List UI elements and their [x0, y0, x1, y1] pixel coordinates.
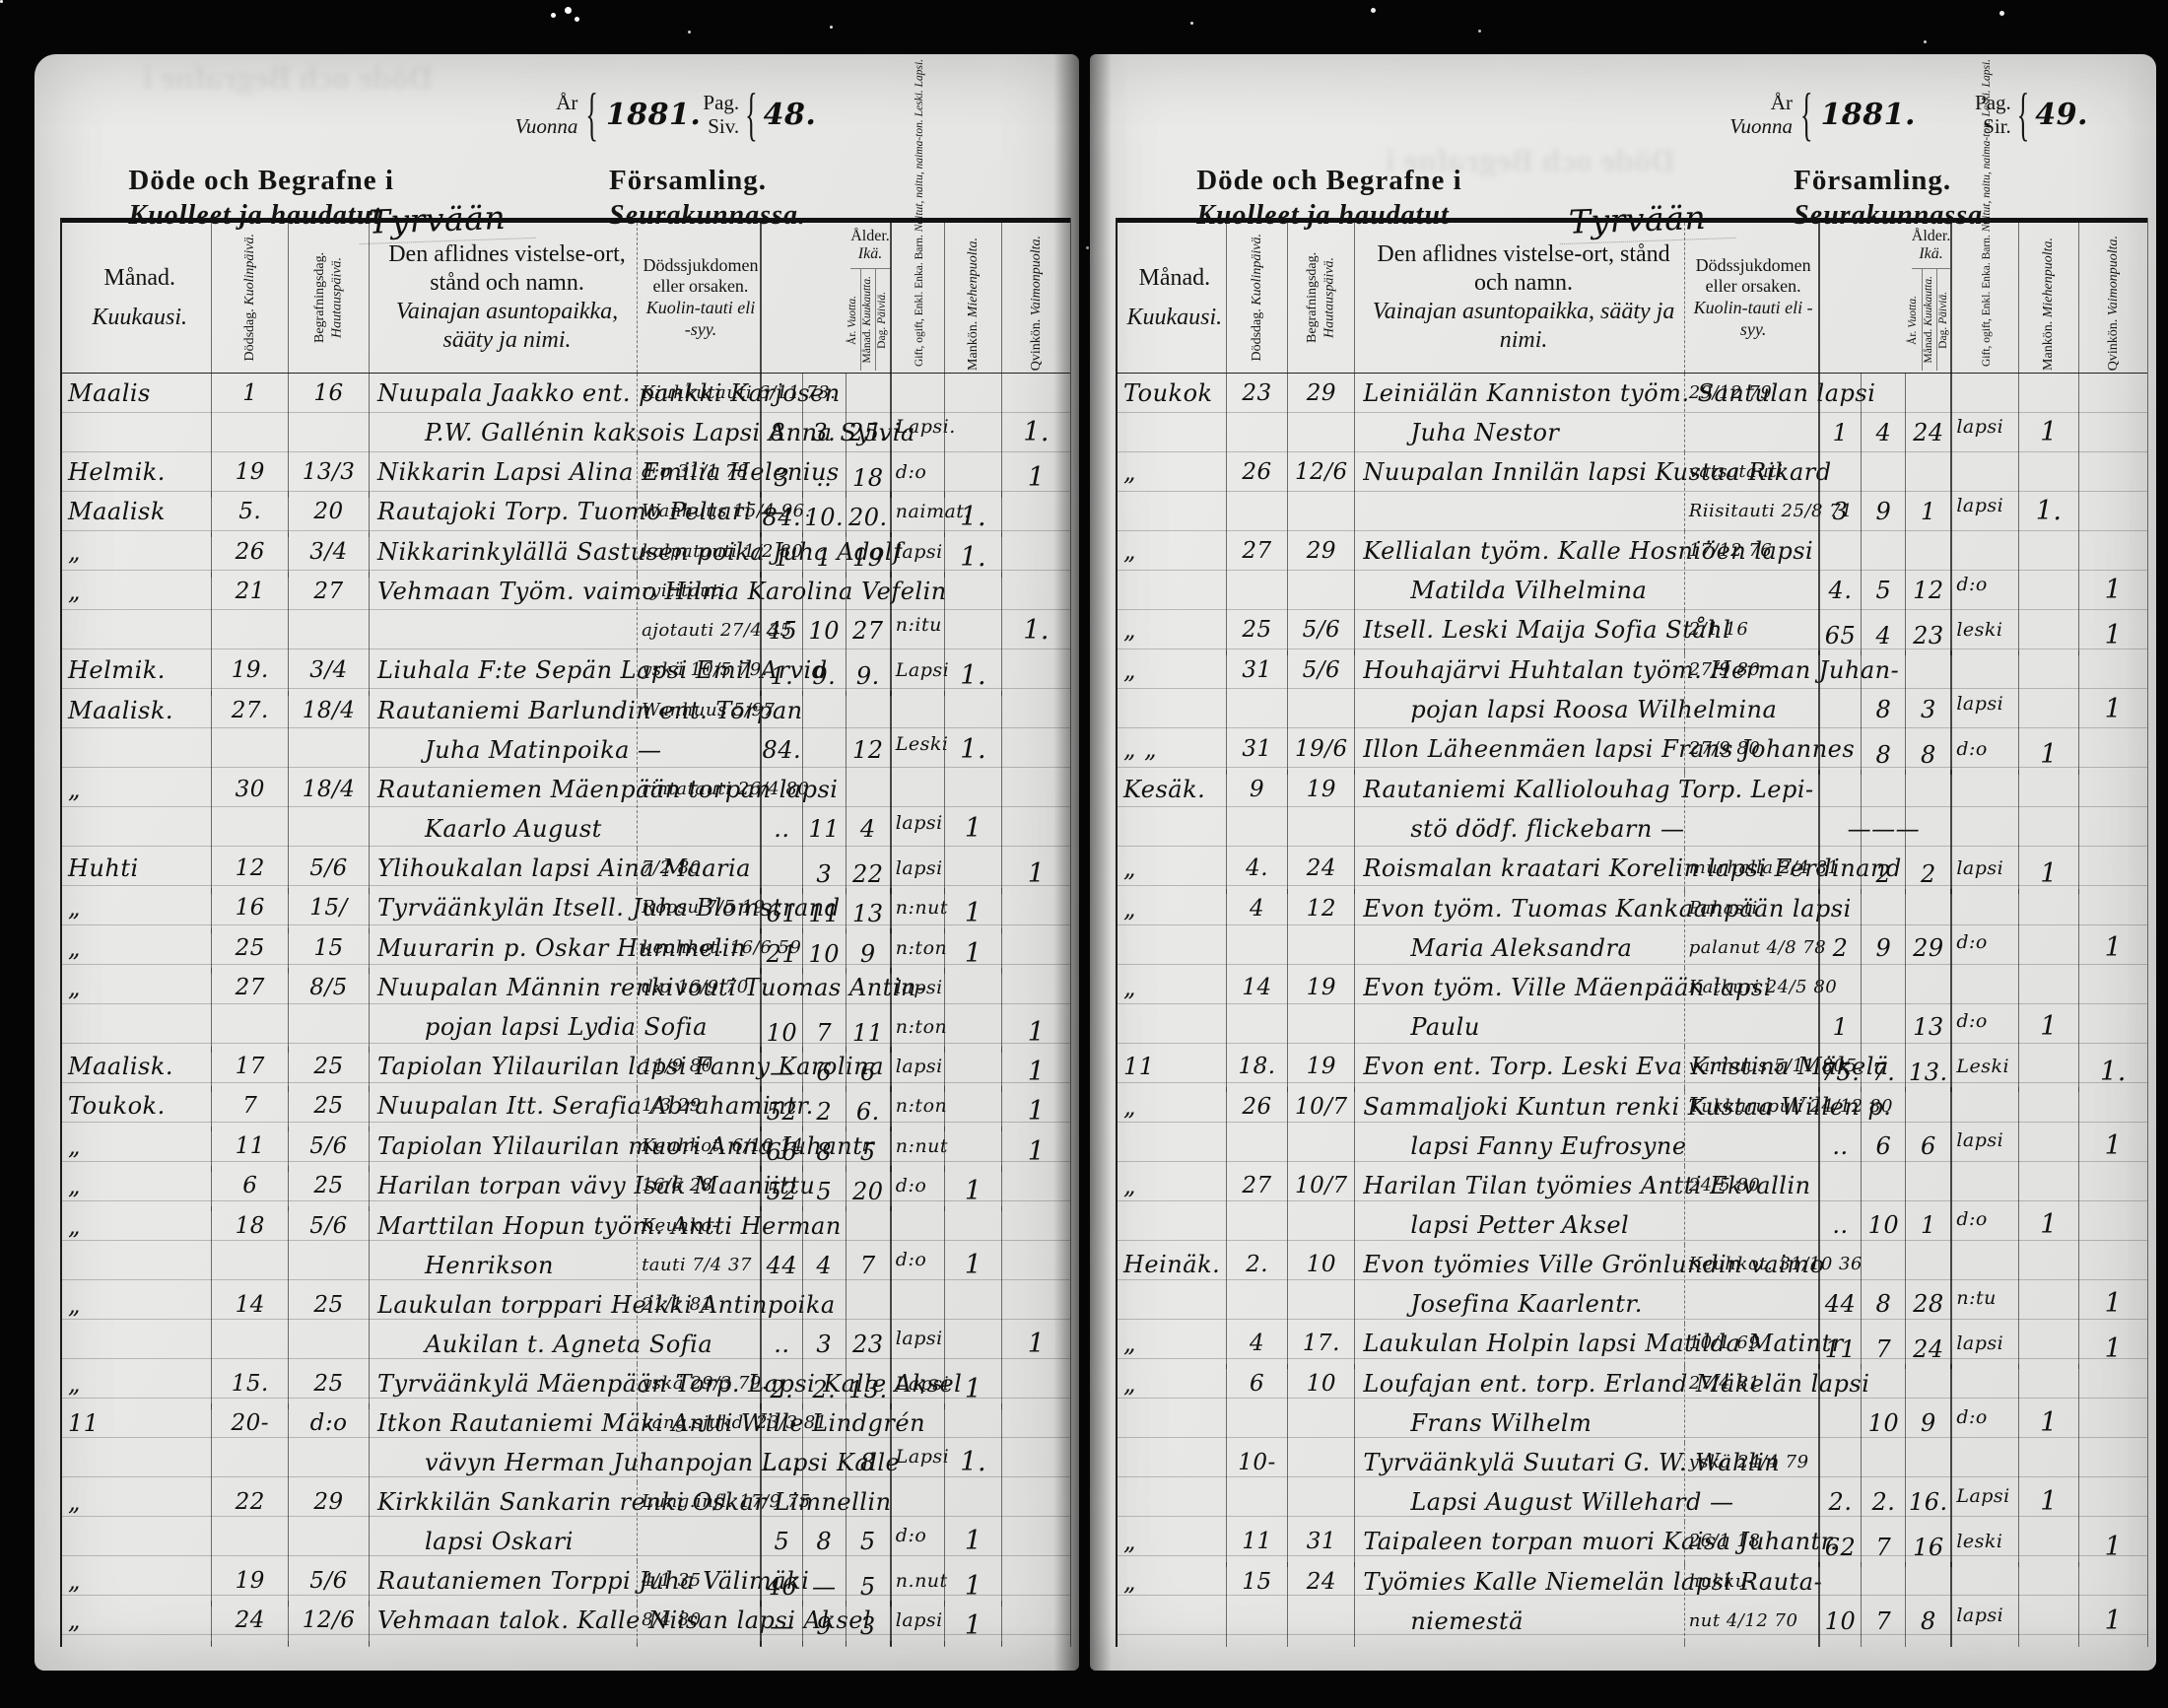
- cell-month: [1118, 1443, 1226, 1522]
- cell-male-tick: [944, 1285, 1001, 1364]
- table-row: „2229Kirkkilän Sankarin renki Oskar Limn…: [62, 1482, 1070, 1561]
- cell-death-day: 27: [1226, 1166, 1288, 1245]
- cell-month: „: [1118, 849, 1226, 894]
- brace: {: [1800, 81, 1812, 149]
- cell-age-years: 1: [1818, 968, 1862, 1047]
- cell-age-days: 9: [846, 928, 890, 974]
- cell-civil-status: d:o: [890, 1166, 944, 1211]
- cell-empty: [890, 1641, 944, 1647]
- cell-female-tick: [2078, 1364, 2147, 1443]
- cell-cause: 24/5 80: [1684, 1166, 1818, 1245]
- cell-age-months: 3.: [802, 374, 846, 452]
- cell-female-tick: [2078, 1443, 2147, 1522]
- cell-empty: [944, 1641, 1001, 1647]
- cell-age-years: 45: [760, 572, 802, 650]
- cell-month: „: [62, 928, 211, 974]
- col-header-male: Mankön. Miehenpuolta.: [944, 223, 1001, 373]
- cell-female-tick: 1.: [2078, 1047, 2147, 1092]
- cell-age-months: 2: [802, 1086, 846, 1131]
- cell-age-years: 66: [760, 1127, 802, 1172]
- cell-month: „: [62, 968, 211, 1053]
- cell-name: Itsell. Leski Maija Sofia Ståhl: [1354, 610, 1683, 655]
- cell-age-years: 52: [760, 1086, 802, 1131]
- cell-burial-day: 24: [1287, 849, 1354, 894]
- cell-male-tick: [2018, 1245, 2078, 1324]
- cell-cause: Roosu 7/5 19.: [637, 888, 760, 933]
- cell-civil-status: lapsi: [1950, 374, 2018, 452]
- cell-burial-day: 10/7: [1287, 1087, 1354, 1166]
- table-row: Maalisk.27.18/4Rautaniemi Barlundin ent.…: [62, 691, 1070, 770]
- cell-female-tick: [2078, 374, 2147, 452]
- cell-name: Nikkarinkylällä Sastusen poika Juha Adol…: [369, 532, 637, 578]
- cell-male-tick: 1: [944, 1206, 1001, 1285]
- cell-burial-day: 27: [288, 572, 369, 650]
- cell-burial-day: 5/6: [1287, 610, 1354, 655]
- col-header-age: Ålder.Ikä. År. Vuotta. Månad. Kuukautta.…: [1818, 223, 1951, 373]
- col-header-name: Den aflidnes vistelse-ort, stånd och nam…: [1354, 223, 1683, 373]
- cell-age-days: 6: [1905, 1087, 1950, 1166]
- cell-male-tick: [944, 1047, 1001, 1092]
- brace: {: [745, 81, 757, 149]
- cell-age-years: .. ..: [760, 1403, 802, 1482]
- cell-month: Maalis: [62, 374, 211, 452]
- cell-empty: [1287, 1641, 1354, 1647]
- cell-age-months: 10: [802, 928, 846, 974]
- cell-age-months: 5: [802, 1166, 846, 1211]
- cell-death-day: 20-: [211, 1403, 288, 1482]
- cell-female-tick: [2078, 1166, 2147, 1245]
- cell-female-tick: [1001, 691, 1070, 770]
- cell-burial-day: 18/4: [288, 770, 369, 849]
- cell-death-day: 4: [1226, 889, 1288, 968]
- cell-name: Itkon Rautaniemi Mäki Antti Wille Lindgr…: [369, 1403, 637, 1482]
- cell-name: Sammaljoki Kuntun renki Kustaa Willen p.…: [1354, 1087, 1683, 1166]
- cell-age-years: 1: [760, 532, 802, 578]
- cell-cause: Katkuri 24/5 80: [1684, 968, 1818, 1047]
- cell-month: „: [1118, 968, 1226, 1047]
- cell-month: „: [1118, 531, 1226, 610]
- cell-age-days: 9: [1905, 1364, 1950, 1443]
- cell-month: „: [1118, 1522, 1226, 1567]
- cell-civil-status: Leski: [1950, 1047, 2018, 1092]
- cell-age-months: 6: [1861, 1087, 1905, 1166]
- cell-civil-status: lapsi: [1950, 452, 2018, 531]
- cell-male-tick: 1.: [944, 1403, 1001, 1482]
- cell-name: Roismalan kraatari Korelin lapsi Ferdina…: [1354, 849, 1683, 894]
- cell-male-tick: [2018, 1522, 2078, 1567]
- cell-male-tick: 1: [944, 1601, 1001, 1646]
- table-row: Heinäk.2.10Evon työmies Ville Grönlundin…: [1118, 1245, 2147, 1324]
- cell-age-months: 7.: [1861, 1047, 1905, 1092]
- cell-month: „: [1118, 1364, 1226, 1443]
- cell-cause: 26/1 18: [1684, 1522, 1818, 1567]
- cell-cause: Wanhuus 5/97: [637, 691, 760, 770]
- cell-age-months: 11: [802, 888, 846, 933]
- cell-death-day: 19: [211, 452, 288, 498]
- cell-death-day: 15.: [211, 1364, 288, 1409]
- table-row: Toukok.725Nuupalan Itt. Serafia Abrahami…: [62, 1086, 1070, 1126]
- year-value: 1881.: [1820, 98, 1915, 132]
- cell-cause: yskä 24/4 79: [1684, 1443, 1818, 1522]
- cell-civil-status: lapsi: [890, 1047, 944, 1092]
- cell-age-years: ..: [760, 1285, 802, 1364]
- cell-death-day: 24: [211, 1601, 288, 1646]
- cell-cause: 27/9 80: [1684, 650, 1818, 729]
- cell-civil-status: lapsi: [890, 770, 944, 849]
- table-row: „ „3119/6Illon Läheenmäen lapsi Frans Jo…: [1118, 729, 2147, 770]
- cell-month: „: [62, 770, 211, 849]
- col-header-civil-status: Gift, ogift, Enkl. Enka. Barn. Naitut, n…: [1950, 223, 2018, 373]
- cell-death-day: 30: [211, 770, 288, 849]
- table-row: „115/6Tapiolan Ylilaurilan muori Anna Ju…: [62, 1127, 1070, 1166]
- table-row-empty: [62, 1641, 1070, 1647]
- cell-age-months: 8: [802, 1127, 846, 1172]
- cell-death-day: 25: [211, 928, 288, 974]
- cell-age-years: 8.: [760, 374, 802, 452]
- cell-empty: [1001, 1641, 1070, 1647]
- cell-death-day: 14: [211, 1285, 288, 1364]
- cell-burial-day: 10: [1287, 1245, 1354, 1324]
- cell-male-tick: 1: [944, 888, 1001, 933]
- cell-empty: [288, 1641, 369, 1647]
- cell-cause: Wanhuus 15/4 96.: [637, 492, 760, 537]
- cell-death-day: 22: [211, 1482, 288, 1561]
- cell-name: Työmies Kalle Niemelän lapsi Rauta-nieme…: [1354, 1562, 1683, 1641]
- cell-civil-status: d:o: [890, 1482, 944, 1561]
- cell-death-day: 6: [1226, 1364, 1288, 1443]
- cell-age-years: ..: [1818, 1087, 1862, 1166]
- cell-month: „: [1118, 889, 1226, 968]
- cell-month: Maalisk.: [62, 1047, 211, 1092]
- table-row: „417.Laukulan Holpin lapsi Matilda Matin…: [1118, 1324, 2147, 1364]
- cell-age-years: 75.: [1818, 1047, 1862, 1092]
- cell-male-tick: [944, 452, 1001, 498]
- table-row: 10-Tyrväänkylä Suutari G. W. WahlinLapsi…: [1118, 1443, 2147, 1522]
- cell-age-years: 21: [760, 928, 802, 974]
- cell-age-days: [1905, 770, 1950, 849]
- table-row: „610Loufajan ent. torp. Erland Mäkelän l…: [1118, 1364, 2147, 1443]
- cell-name: Vehmaan Työm. vaimo Hilma Karolina Vefel…: [369, 572, 637, 650]
- cell-cause: Keuhkot. 6/10 14: [637, 1127, 760, 1172]
- table-row: „3018/4Rautaniemen Mäenpään torpan lapsi…: [62, 770, 1070, 849]
- cell-age-months: 2: [1861, 849, 1905, 894]
- cell-male-tick: 1: [944, 770, 1001, 849]
- cell-age-years: —: [760, 1047, 802, 1092]
- cell-burial-day: 29: [1287, 374, 1354, 452]
- cell-name: Rautajoki Torp. Tuomo Peltari —: [369, 492, 637, 537]
- cell-death-day: 26: [1226, 452, 1288, 531]
- cell-name: Nuupalan Itt. Serafia Abrahamintr.: [369, 1086, 637, 1131]
- col-header-age-years: År. Vuotta.: [846, 269, 860, 371]
- table-body: Maalis116Nuupala Jaakko ent. pankki Karj…: [62, 374, 1070, 1647]
- cell-age-days: 1: [1905, 1166, 1950, 1245]
- cell-civil-status: lapsi: [890, 1285, 944, 1364]
- cell-age-days: 20.: [846, 492, 890, 537]
- cell-civil-status: lapsi: [890, 849, 944, 894]
- cell-age-days: 27: [846, 572, 890, 650]
- cell-burial-day: 25: [288, 1166, 369, 1211]
- cell-name: Evon ent. Torp. Leski Eva Kristina Mäkel…: [1354, 1047, 1683, 1092]
- cell-burial-day: 24: [1287, 1562, 1354, 1641]
- cell-age-days: 20: [846, 1166, 890, 1211]
- col-header-age-months: Månad. Kuukautta.: [1922, 269, 1936, 371]
- cell-age-months: [802, 1403, 846, 1482]
- cell-cause: Kiukkutauti 6/11 73.: [637, 374, 760, 452]
- cell-cause: 4/1 35: [637, 1561, 760, 1606]
- cell-female-tick: 1: [2078, 610, 2147, 655]
- cell-age-days: 7: [846, 1206, 890, 1285]
- cell-age-months: 7: [802, 968, 846, 1053]
- cell-death-day: 31: [1226, 650, 1288, 729]
- cell-female-tick: [1001, 1206, 1070, 1285]
- cell-name: Illon Läheenmäen lapsi Frans Johannes: [1354, 729, 1683, 775]
- cell-male-tick: [2018, 1087, 2078, 1166]
- cell-age-years: 2.: [1818, 1443, 1862, 1522]
- cell-name: Evon työm. Tuomas Kankaanpään lapsiMaria…: [1354, 889, 1683, 968]
- cell-name: Rautaniemi Kalliolouhag Torp. Lepi-stö d…: [1354, 770, 1683, 849]
- col-header-cause: Dödssjukdomen eller orsaken.Kuolin-tauti…: [637, 223, 760, 373]
- cell-age-days: 8: [1905, 1562, 1950, 1641]
- cell-age-days: 23: [1905, 610, 1950, 655]
- col-header-cause: Dödssjukdomen eller orsaken.Kuolin-tauti…: [1684, 223, 1818, 373]
- cell-civil-status: lapsi: [1950, 849, 2018, 894]
- cell-age-years: 2.: [760, 1364, 802, 1409]
- cell-burial-day: 12/6: [288, 1601, 369, 1646]
- table-row: „2612/6Nuupalan Innilän lapsi Kustaa Rik…: [1118, 452, 2147, 531]
- cell-civil-status: lapsi: [890, 1601, 944, 1646]
- cell-age-months: 4: [1861, 374, 1905, 452]
- cell-name: Loufajan ent. torp. Erland Mäkelän lapsi…: [1354, 1364, 1683, 1443]
- cell-age-years: 84.: [760, 691, 802, 770]
- cell-age-years: ..: [1818, 1166, 1862, 1245]
- year-block: År Vuonna { 1881.: [515, 92, 702, 138]
- cell-female-tick: [2078, 968, 2147, 1047]
- cell-name: Harilan Tilan työmies Antti Ekvallinlaps…: [1354, 1166, 1683, 1245]
- cell-name: Taipaleen torpan muori Kaisa Juhantr.: [1354, 1522, 1683, 1567]
- cell-male-tick: 1: [944, 1482, 1001, 1561]
- cell-burial-day: 5/6: [1287, 650, 1354, 729]
- cell-male-tick: [944, 1127, 1001, 1172]
- cell-month: „: [1118, 610, 1226, 655]
- cell-name: Nuupala Jaakko ent. pankki KarjosenP.W. …: [369, 374, 637, 452]
- burial-table: Månad.Kuukausi. Dödsdag. Kuolinpäivä. Be…: [60, 218, 1071, 1647]
- cell-male-tick: 1.: [944, 650, 1001, 696]
- cell-cause: yskä 10/5 79.: [637, 650, 760, 696]
- cell-age-days: 4: [846, 770, 890, 849]
- table-row: Helmik.1913/3Nikkarin Lapsi Alina Emilia…: [62, 452, 1070, 492]
- table-row: Maalisk.1725Tapiolan Ylilaurilan lapsi F…: [62, 1047, 1070, 1086]
- cell-age-days: 12: [1905, 531, 1950, 610]
- cell-death-day: 17: [211, 1047, 288, 1092]
- cell-empty: [1118, 1641, 1226, 1647]
- cell-female-tick: 1: [1001, 1047, 1070, 1092]
- cell-age-days: 22: [846, 849, 890, 894]
- cell-civil-status: d:o: [1950, 889, 2018, 968]
- cell-age-months: 2.: [1861, 1443, 1905, 1522]
- cell-burial-day: 17.: [1287, 1324, 1354, 1369]
- cell-civil-status: Leski: [890, 691, 944, 770]
- cell-female-tick: 1: [2078, 1245, 2147, 1324]
- cell-cause: vang.sjukd. 23/3 81: [637, 1403, 760, 1482]
- cell-female-tick: [1001, 532, 1070, 578]
- cell-female-tick: [1001, 770, 1070, 849]
- cell-female-tick: [1001, 1601, 1070, 1646]
- col-header-male: Mankön. Miehenpuolta.: [2018, 223, 2078, 373]
- cell-age-months: 2.: [802, 1364, 846, 1409]
- cell-male-tick: 1: [2018, 729, 2078, 775]
- cell-civil-status: n:ton: [890, 1086, 944, 1131]
- cell-burial-day: 12/6: [1287, 452, 1354, 531]
- cell-female-tick: 1: [2078, 1522, 2147, 1567]
- cell-month: Huhti: [62, 849, 211, 894]
- table-row: „2710/7Harilan Tilan työmies Antti Ekval…: [1118, 1166, 2147, 1245]
- cell-age-years: 65: [1818, 610, 1862, 655]
- register-page-left: Döde och Begrafne i År Vuonna { 1881. Pa…: [34, 54, 1079, 1671]
- cell-month: „: [62, 1166, 211, 1211]
- cell-age-months: 9: [1861, 889, 1905, 968]
- cell-age-months: 9.: [802, 650, 846, 696]
- table-row: 1120-d:oItkon Rautaniemi Mäki Antti Will…: [62, 1403, 1070, 1482]
- cell-female-tick: [1001, 1561, 1070, 1606]
- cell-burial-day: 5/6: [288, 1561, 369, 1606]
- cell-male-tick: [944, 572, 1001, 650]
- cell-burial-day: 25: [288, 1086, 369, 1131]
- cell-burial-day: 29: [1287, 531, 1354, 610]
- cell-month: Maalisk: [62, 492, 211, 537]
- table-row: „1419Evon työm. Ville Mäenpään lapsiPaul…: [1118, 968, 2147, 1047]
- cell-age-days: 13: [1905, 968, 1950, 1047]
- cell-female-tick: 1: [1001, 452, 1070, 498]
- cell-burial-day: 29: [288, 1482, 369, 1561]
- col-header-month: Månad.Kuukausi.: [1118, 223, 1226, 373]
- cell-death-day: 26: [211, 532, 288, 578]
- cell-female-tick: [1001, 928, 1070, 974]
- cell-month: „: [1118, 1562, 1226, 1641]
- year-value: 1881.: [606, 98, 701, 132]
- cell-death-day: 11: [1226, 1522, 1288, 1567]
- cell-cause: vanhuus 5/11 805.: [1684, 1047, 1818, 1092]
- cell-female-tick: [2078, 729, 2147, 775]
- cell-age-months: ———: [1861, 770, 1905, 849]
- cell-month: 11: [62, 1403, 211, 1482]
- cell-burial-day: 31: [1287, 1522, 1354, 1567]
- cell-age-days: 16: [1905, 1522, 1950, 1567]
- cell-civil-status: Lapsi: [890, 1403, 944, 1482]
- year-block: År Vuonna { 1881.: [1729, 92, 1916, 138]
- cell-female-tick: 1.: [1001, 374, 1070, 452]
- cell-name: Leiniälän Kanniston työm. Santulan lapsi…: [1354, 374, 1683, 452]
- cell-male-tick: [944, 968, 1001, 1053]
- cell-death-day: 25: [1226, 610, 1288, 655]
- cell-age-months: 10: [802, 572, 846, 650]
- table-row: „263/4Nikkarinkylällä Sastusen poika Juh…: [62, 532, 1070, 572]
- cell-male-tick: 1: [2018, 849, 2078, 894]
- cell-age-years: —: [760, 1601, 802, 1646]
- cell-civil-status: leski: [1950, 1522, 2018, 1567]
- cell-burial-day: [1287, 1443, 1354, 1522]
- cell-age-years: 10: [760, 968, 802, 1053]
- cell-female-tick: [2078, 452, 2147, 531]
- cell-month: „: [1118, 452, 1226, 531]
- cell-cause: rintatauti 26/4 80: [637, 770, 760, 849]
- cell-age-years: 11: [1818, 1324, 1862, 1369]
- table-row: 1118.19Evon ent. Torp. Leski Eva Kristin…: [1118, 1047, 2147, 1087]
- cell-male-tick: 1: [2018, 1443, 2078, 1522]
- cell-month: „: [62, 1206, 211, 1285]
- cell-male-tick: 1: [2018, 1166, 2078, 1245]
- cell-male-tick: [944, 849, 1001, 894]
- cell-civil-status: Lapsi.: [890, 374, 944, 452]
- cell-age-days: 8: [846, 1403, 890, 1482]
- cell-burial-day: 3/4: [288, 532, 369, 578]
- col-header-age-days: Dag. Päiviä.: [1936, 269, 1951, 371]
- page-number-value: 49.: [2035, 98, 2088, 132]
- cell-age-years: [1818, 849, 1862, 894]
- cell-age-days: 13.: [846, 1364, 890, 1409]
- col-header-name: Den aflidnes vistelse-ort, stånd och nam…: [369, 223, 637, 373]
- cell-name: Nuupalan Männin renkivouti Tuomas Antin-…: [369, 968, 637, 1053]
- cell-age-months: [802, 691, 846, 770]
- cell-death-day: 19.: [211, 650, 288, 696]
- cell-civil-status: n.nut: [890, 1561, 944, 1606]
- cell-age-days: 28: [1905, 1245, 1950, 1324]
- table-row: „278/5Nuupalan Männin renkivouti Tuomas …: [62, 968, 1070, 1047]
- col-header-age: Ålder.Ikä. År. Vuotta. Månad. Kuukautta.…: [760, 223, 890, 373]
- cell-month: „: [62, 888, 211, 933]
- cell-age-months: 10: [1861, 1364, 1905, 1443]
- table-row-empty: [1118, 1641, 2147, 1647]
- cell-male-tick: [2018, 770, 2078, 849]
- cell-death-day: 27.: [211, 691, 288, 770]
- cell-cause: 1/3 29: [637, 1086, 760, 1131]
- cell-death-day: 27: [1226, 531, 1288, 610]
- cell-age-months: 8: [1861, 729, 1905, 775]
- cell-male-tick: [2018, 650, 2078, 729]
- cell-burial-day: 19: [1287, 968, 1354, 1047]
- cell-name: Tyrväänkylän Itsell. Juha Blomstrand: [369, 888, 637, 933]
- cell-empty: [211, 1641, 288, 1647]
- cell-male-tick: [2018, 610, 2078, 655]
- cell-civil-status: lapsi: [1950, 1562, 2018, 1641]
- cell-age-years: [1818, 650, 1862, 729]
- cell-month: „: [62, 1482, 211, 1561]
- cell-empty: [1226, 1641, 1288, 1647]
- cell-male-tick: [944, 1086, 1001, 1131]
- cell-death-day: 12: [211, 849, 288, 894]
- cell-age-months: 5: [1861, 531, 1905, 610]
- cell-age-months: 10: [1861, 1166, 1905, 1245]
- cell-name: Marttilan Hopun työm. Antti HermanHenrik…: [369, 1206, 637, 1285]
- cell-month: Toukok: [1118, 374, 1226, 452]
- cell-empty: [1818, 1641, 1862, 1647]
- cell-civil-status: d:o: [1950, 729, 2018, 775]
- cell-male-tick: 1.: [2018, 452, 2078, 531]
- cell-name: Laukulan torppari Heikki AntinpoikaAukil…: [369, 1285, 637, 1364]
- cell-cause: kalpatauti 1/2 80: [637, 532, 760, 578]
- cell-cause: Tukkarupuli 24/12 80: [1684, 1087, 1818, 1166]
- cell-death-day: 18.: [1226, 1047, 1288, 1092]
- bleedthrough-ghost: Döde och Begrafne i: [143, 60, 433, 98]
- cell-burial-day: 5/6: [288, 1206, 369, 1285]
- cell-burial-day: 18/4: [288, 691, 369, 770]
- table-header: Månad.Kuukausi. Dödsdag. Kuolinpäivä. Be…: [1118, 218, 2147, 374]
- cell-age-days: 13.: [1905, 1047, 1950, 1092]
- cell-age-years: 3: [1818, 452, 1862, 531]
- cell-month: „: [62, 1364, 211, 1409]
- table-row: Huhti125/6Ylihoukalan lapsi Aina Maaria7…: [62, 849, 1070, 888]
- cell-month: Helmik.: [62, 650, 211, 696]
- cell-civil-status: [1950, 770, 2018, 849]
